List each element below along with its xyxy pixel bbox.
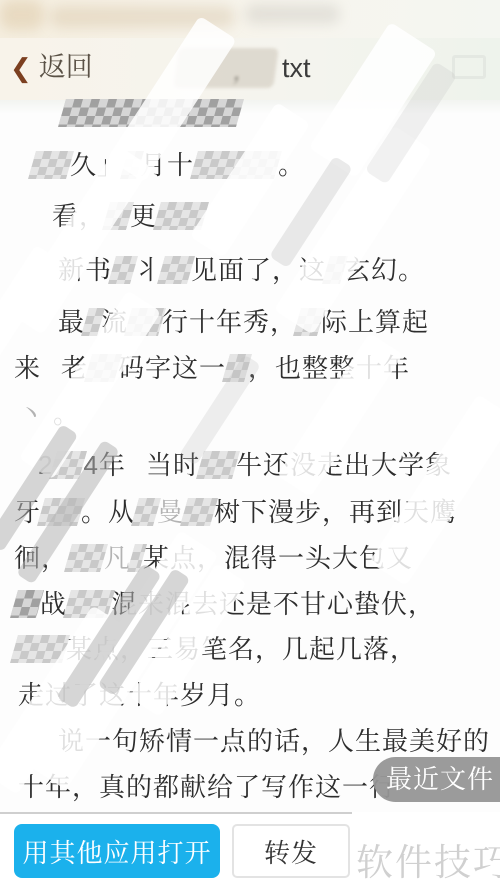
- censor-mosaic-block: [124, 308, 166, 336]
- text-fragment: 树下漫步，再到天鹰: [214, 497, 457, 527]
- censor-mosaic-block: [37, 498, 85, 526]
- censor-mosaic-block: [58, 99, 244, 127]
- text-fragment: 徊，: [14, 543, 68, 573]
- forward-button[interactable]: 转发: [232, 824, 350, 878]
- text-line: 走过了这十年岁月。: [18, 680, 261, 712]
- text-fragment: 。: [278, 150, 305, 180]
- text-fragment: 。: [53, 399, 80, 429]
- text-fragment: 际上算起: [321, 307, 429, 337]
- censor-mosaic-block: [49, 451, 87, 479]
- text-line: 丶。: [18, 399, 80, 431]
- text-fragment: 走过了这十年岁月。: [18, 680, 261, 710]
- text-fragment: 玄幻。: [344, 255, 425, 285]
- file-viewer-screen: ❮ 返回 ， txt 久」月十。看，更新书丬见面了，这玄幻。最流行十年秀，际上算…: [0, 0, 500, 889]
- text-fragment: 新书: [58, 255, 112, 285]
- text-fragment: 混来混去还是不甘心蛰伏，: [111, 589, 435, 619]
- censor-mosaic-block: [180, 498, 218, 526]
- text-fragment: 十年，真的都献给了写作这一行: [18, 772, 396, 802]
- text-fragment: 说一句矫情一点的话，人生最美好的: [58, 726, 490, 756]
- text-line: 徊，凡某点，混得一头大包又: [14, 543, 413, 575]
- censor-mosaic-block: [10, 590, 44, 618]
- text-line: 战混来混去还是不甘心蛰伏，: [14, 589, 435, 621]
- faded-text-fragment: 丶: [18, 399, 45, 429]
- text-fragment: 牛还没走出大学象: [236, 450, 452, 480]
- censor-mosaic-block: [64, 544, 108, 572]
- censor-mosaic-block: [84, 354, 122, 382]
- text-line: 牙。从曼树下漫步，再到天鹰: [14, 497, 457, 529]
- text-line: 最流行十年秀，际上算起: [58, 307, 429, 339]
- text-fragment: 行十年秀，: [162, 307, 297, 337]
- text-fragment: 4年: [83, 450, 125, 480]
- text-fragment: 看，: [52, 201, 106, 231]
- footer-bar: 用其他应用打开 转发 软件技巧: [0, 812, 500, 889]
- watermark-text: 软件技巧: [356, 832, 500, 886]
- footer-divider: [0, 812, 352, 814]
- text-line: 看，更: [52, 201, 205, 233]
- text-line: 某点，三易笔名，几起几落，: [14, 634, 417, 666]
- text-fragment: 月十: [140, 150, 194, 180]
- text-line: 十年，真的都献给了写作这一行: [18, 772, 396, 804]
- recent-files-button[interactable]: 最近文件: [373, 757, 500, 802]
- text-line: 来老码字这一，也整整十年: [14, 353, 410, 385]
- text-fragment: 久」: [70, 150, 124, 180]
- text-fragment: 当时: [146, 450, 200, 480]
- text-line: 久」月十。: [32, 150, 305, 182]
- text-line: 新书丬见面了，这玄幻。: [58, 255, 425, 287]
- text-line: 说一句矫情一点的话，人生最美好的: [58, 726, 490, 758]
- censor-mosaic-block: [63, 590, 115, 618]
- text-fragment: 见面了，这: [191, 255, 326, 285]
- text-line: 24年当时牛还没走出大学象: [38, 450, 452, 482]
- open-with-other-app-button[interactable]: 用其他应用打开: [14, 824, 220, 878]
- document-content[interactable]: 久」月十。看，更新书丬见面了，这玄幻。最流行十年秀，际上算起来老码字这一，也整整…: [0, 0, 500, 812]
- text-fragment: 来: [14, 353, 41, 383]
- text-fragment: 某点，三易笔名，几起几落，: [66, 634, 417, 664]
- text-line: [62, 98, 240, 130]
- censor-mosaic-block: [190, 151, 282, 179]
- censor-mosaic-block: [10, 635, 70, 663]
- censor-mosaic-block: [28, 151, 74, 179]
- censor-mosaic-block: [153, 202, 209, 230]
- censor-mosaic-block: [157, 256, 195, 284]
- censor-mosaic-block: [196, 451, 240, 479]
- text-fragment: ，也整整十年: [248, 353, 410, 383]
- text-fragment: 某点，混得一头大包又: [143, 543, 413, 573]
- text-fragment: 。从: [81, 497, 135, 527]
- text-fragment: 码字这一: [118, 353, 226, 383]
